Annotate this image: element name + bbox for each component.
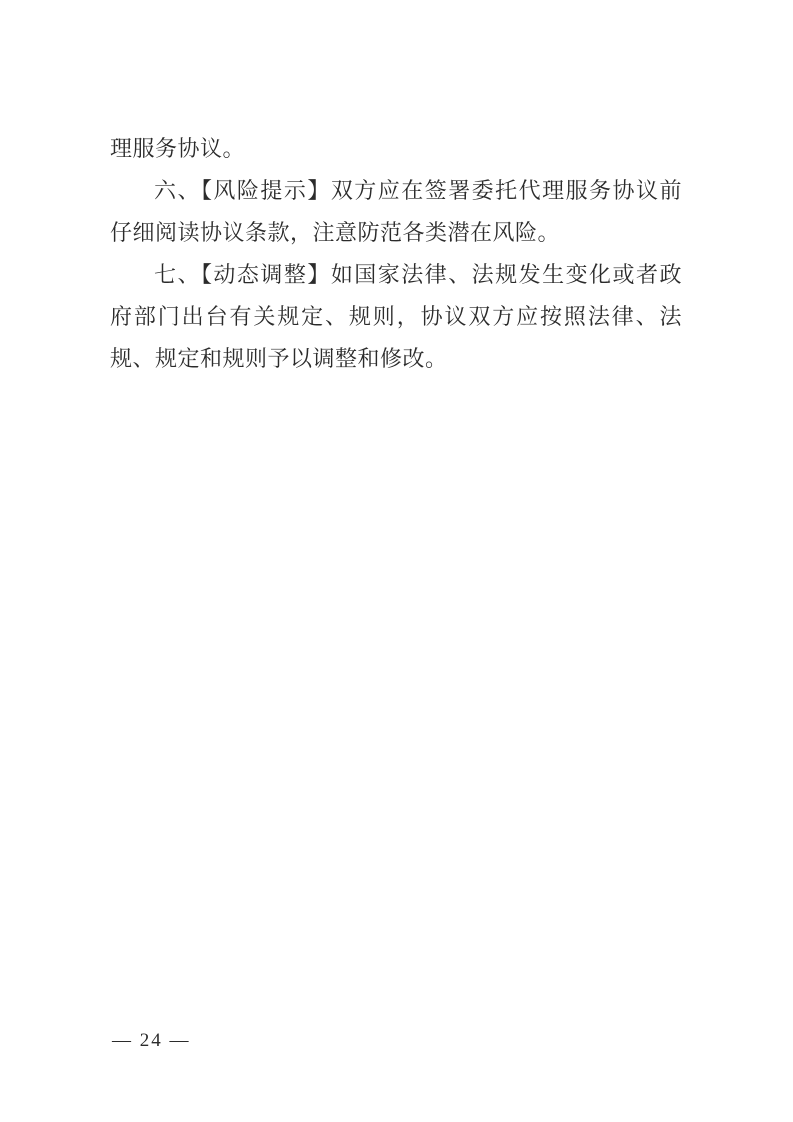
paragraph-continuation: 理服务协议。 (110, 128, 682, 170)
paragraph-clause-six-risk-notice: 六、【风险提示】双方应在签署委托代理服务协议前仔细阅读协议条款，注意防范各类潜在… (110, 170, 682, 254)
body-text: 理服务协议。 六、【风险提示】双方应在签署委托代理服务协议前仔细阅读协议条款，注… (110, 128, 682, 380)
paragraph-clause-seven-dynamic-adjustment: 七、【动态调整】如国家法律、法规发生变化或者政府部门出台有关规定、规则，协议双方… (110, 254, 682, 380)
document-page: 理服务协议。 六、【风险提示】双方应在签署委托代理服务协议前仔细阅读协议条款，注… (0, 0, 793, 1122)
page-number: — 24 — (112, 1028, 191, 1054)
